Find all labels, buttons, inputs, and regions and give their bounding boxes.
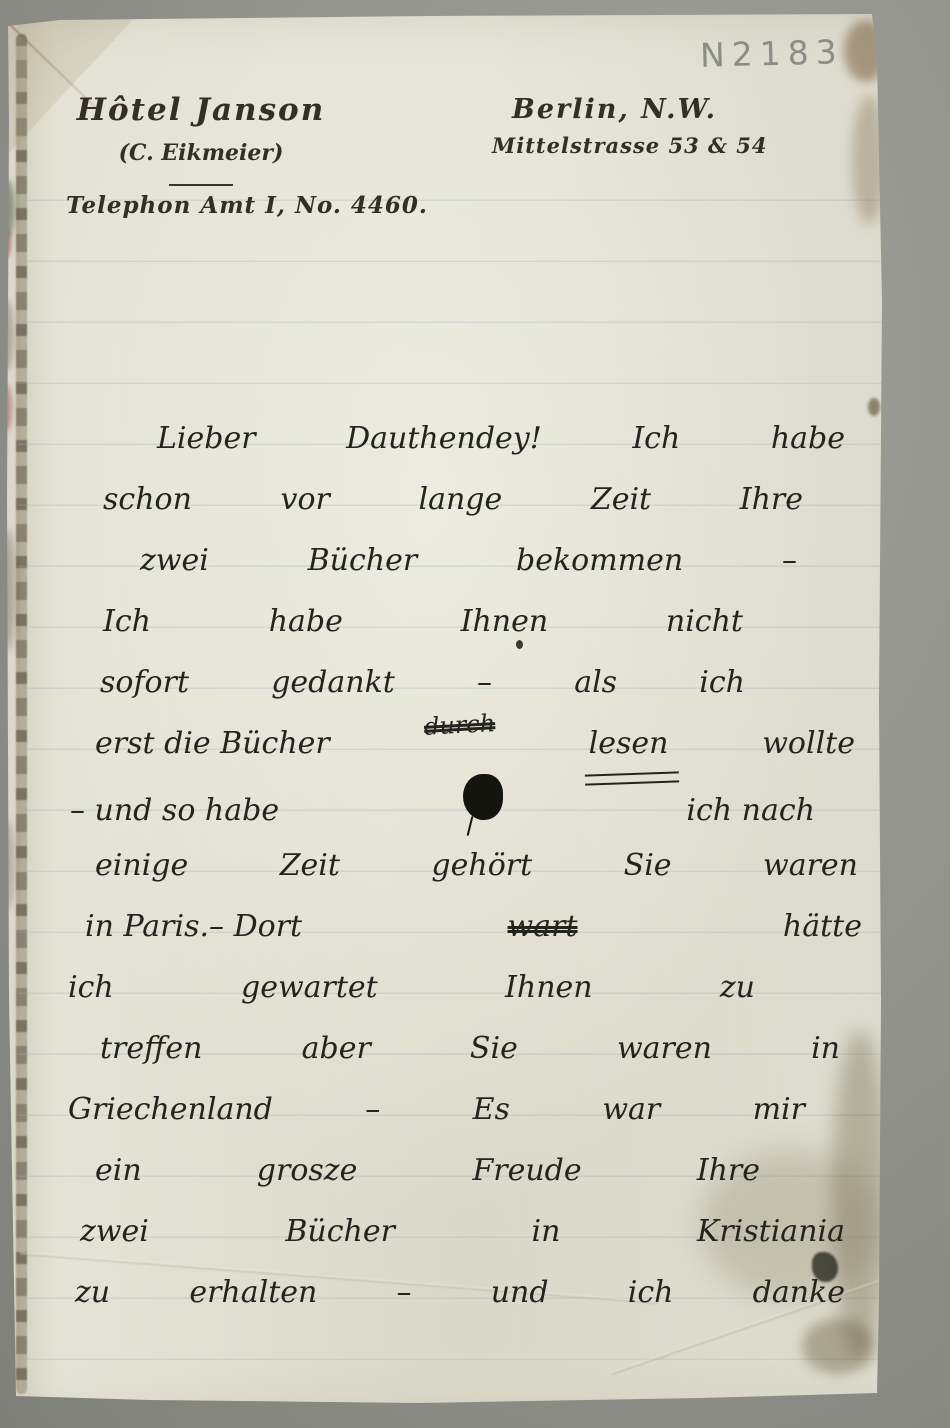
letterhead-divider [169,184,233,186]
letter-line: treffen aber Sie waren in [100,1018,840,1079]
corner-fold-shade [8,14,138,154]
stain-top-right [852,95,886,225]
letter-segment: wollte [762,713,855,774]
city-line: Berlin, N.W. [512,94,717,125]
letter-segment: – und so habe [70,780,279,841]
scan-background: N2183 Hôtel Janson (C. Eikmeier) Telepho… [0,0,950,1428]
letter-line: zwei Bücher in Kristiania [80,1201,845,1262]
stain-bottom-right [802,1318,874,1374]
struck-word: wart [508,896,578,957]
letter-line: – und so habe ich nach [70,774,815,835]
letter-line: ein grosze Freude Ihre [95,1140,760,1201]
letter-line: schon vor lange Zeit Ihre [103,469,803,530]
letter-segment: erst die Bücher [95,713,330,774]
archival-number: N2183 [700,32,845,75]
letter-line: ich gewartet Ihnen zu [68,957,755,1018]
stain-top-right [844,20,888,82]
letter-line: in Paris.– Dort wart hätte [85,896,862,957]
letter-segment: ich nach [686,780,815,841]
struck-insertion: durch [422,693,496,758]
telephone-line: Telephon Amt I, No. 4460. [66,192,428,219]
ink-blot [463,774,503,820]
letter-page: N2183 Hôtel Janson (C. Eikmeier) Telepho… [0,0,950,1428]
street-line: Mittelstrasse 53 & 54 [492,133,768,158]
hotel-name: Hôtel Janson [66,92,336,128]
letter-line: zu erhalten – und ich danke [75,1262,845,1323]
letter-segment: in Paris.– Dort [85,896,302,957]
letter-segment: hätte [783,896,862,957]
proprietor-name: (C. Eikmeier) [66,140,336,166]
binding-seam [16,34,27,1394]
underlined-word: lesen [589,713,669,774]
edge-nick [868,398,880,416]
letter-line: zwei Bücher bekommen – [140,530,797,591]
letter-text: Lieber Dauthendey! Ich habe schon vor la… [62,408,862,1323]
letter-line: Ich habe Ihnen nicht [103,591,743,652]
letter-line: einige Zeit gehört Sie waren [95,835,858,896]
letter-line: Griechenland – Es war mir [68,1079,805,1140]
letter-line: Lieber Dauthendey! Ich habe [157,408,845,469]
letter-line: erst die Bücher durch lesen wollte [95,713,855,774]
